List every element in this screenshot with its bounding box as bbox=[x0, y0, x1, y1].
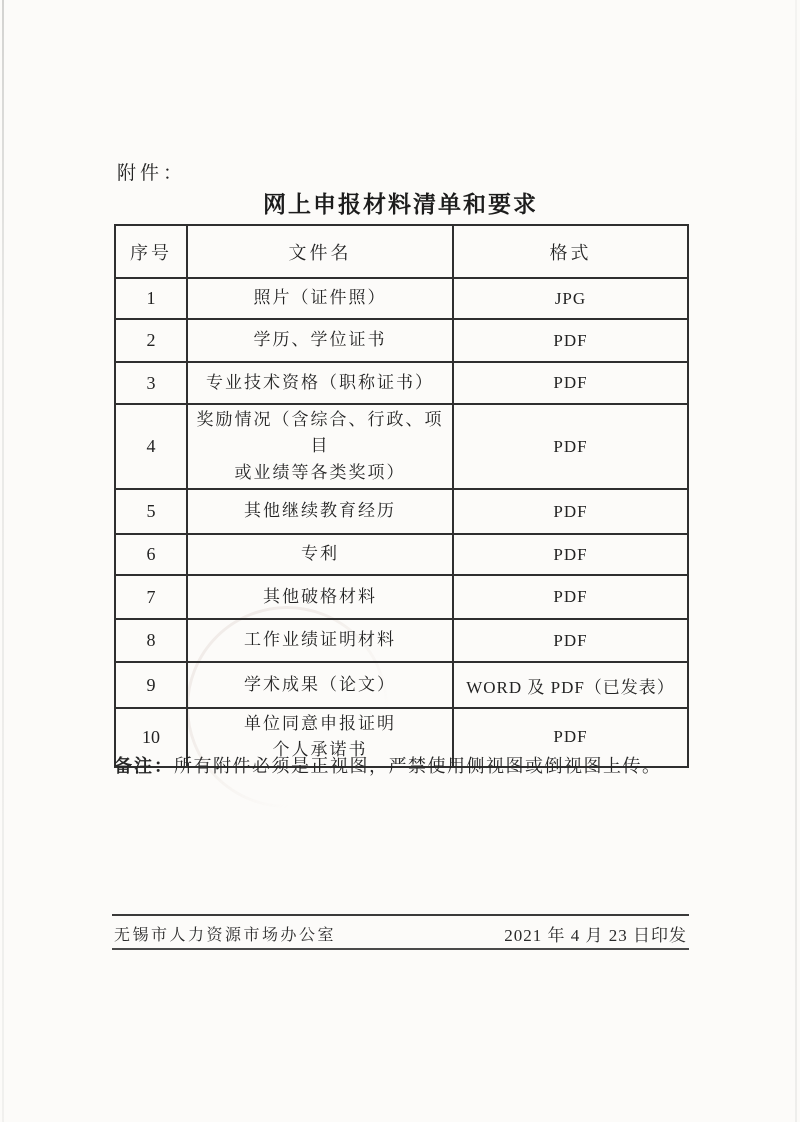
cell-format: PDF bbox=[453, 319, 688, 362]
table-row: 1 照片（证件照） JPG bbox=[115, 278, 688, 319]
cell-format: PDF bbox=[453, 404, 688, 489]
note: 备注：所有附件必须是正视图，严禁使用侧视图或倒视图上传。 bbox=[114, 752, 714, 778]
cell-no: 2 bbox=[115, 319, 187, 362]
header-format: 格式 bbox=[453, 225, 688, 278]
cell-filename: 其他继续教育经历 bbox=[187, 489, 453, 534]
cell-filename: 其他破格材料 bbox=[187, 575, 453, 619]
cell-filename: 学历、学位证书 bbox=[187, 319, 453, 362]
note-text: 所有附件必须是正视图，严禁使用侧视图或倒视图上传。 bbox=[174, 756, 662, 777]
footer-issuer: 无锡市人力资源市场办公室 bbox=[114, 922, 336, 945]
cell-no: 6 bbox=[115, 534, 187, 575]
footer: 无锡市人力资源市场办公室 2021 年 4 月 23 日印发 bbox=[114, 921, 687, 946]
table-row: 7 其他破格材料 PDF bbox=[115, 575, 688, 619]
materials-table: 序号 文件名 格式 1 照片（证件照） JPG 2 学历、学位证书 PDF 3 … bbox=[114, 224, 689, 768]
cell-format: JPG bbox=[453, 278, 688, 319]
footer-top-rule bbox=[112, 914, 689, 916]
cell-no: 9 bbox=[115, 662, 187, 708]
footer-print-date: 2021 年 4 月 23 日印发 bbox=[504, 921, 687, 946]
note-label: 备注： bbox=[114, 756, 174, 777]
cell-filename: 学术成果（论文） bbox=[187, 662, 453, 708]
table-row: 4 奖励情况（含综合、行政、项目 或业绩等各类奖项） PDF bbox=[115, 404, 688, 489]
cell-no: 3 bbox=[115, 362, 187, 404]
scanned-document-page: 附件： 网上申报材料清单和要求 序号 文件名 格式 1 照片（证件照） JPG … bbox=[0, 0, 800, 1122]
table-row: 3 专业技术资格（职称证书） PDF bbox=[115, 362, 688, 404]
cell-filename: 工作业绩证明材料 bbox=[187, 619, 453, 662]
cell-no: 8 bbox=[115, 619, 187, 662]
cell-no: 4 bbox=[115, 404, 187, 489]
cell-filename: 专业技术资格（职称证书） bbox=[187, 362, 453, 404]
scan-artifact-right-line bbox=[795, 0, 797, 1122]
table-row: 5 其他继续教育经历 PDF bbox=[115, 489, 688, 534]
header-no: 序号 bbox=[115, 225, 187, 278]
cell-format: PDF bbox=[453, 534, 688, 575]
cell-no: 7 bbox=[115, 575, 187, 619]
scan-artifact-left-line bbox=[2, 0, 4, 1122]
cell-format: WORD 及 PDF（已发表） bbox=[453, 662, 688, 708]
cell-format: PDF bbox=[453, 489, 688, 534]
table-header-row: 序号 文件名 格式 bbox=[115, 225, 688, 278]
page-title: 网上申报材料清单和要求 bbox=[114, 186, 687, 219]
table-row: 8 工作业绩证明材料 PDF bbox=[115, 619, 688, 662]
cell-filename: 奖励情况（含综合、行政、项目 或业绩等各类奖项） bbox=[187, 404, 453, 489]
cell-no: 1 bbox=[115, 278, 187, 319]
table-row: 6 专利 PDF bbox=[115, 534, 688, 575]
header-filename: 文件名 bbox=[187, 225, 453, 278]
footer-bottom-rule bbox=[112, 948, 689, 950]
attachment-label: 附件： bbox=[117, 158, 186, 185]
cell-filename: 专利 bbox=[187, 534, 453, 575]
cell-format: PDF bbox=[453, 619, 688, 662]
cell-no: 5 bbox=[115, 489, 187, 534]
cell-format: PDF bbox=[453, 575, 688, 619]
cell-format: PDF bbox=[453, 362, 688, 404]
table-row: 9 学术成果（论文） WORD 及 PDF（已发表） bbox=[115, 662, 688, 708]
cell-filename: 照片（证件照） bbox=[187, 278, 453, 319]
table-row: 2 学历、学位证书 PDF bbox=[115, 319, 688, 362]
